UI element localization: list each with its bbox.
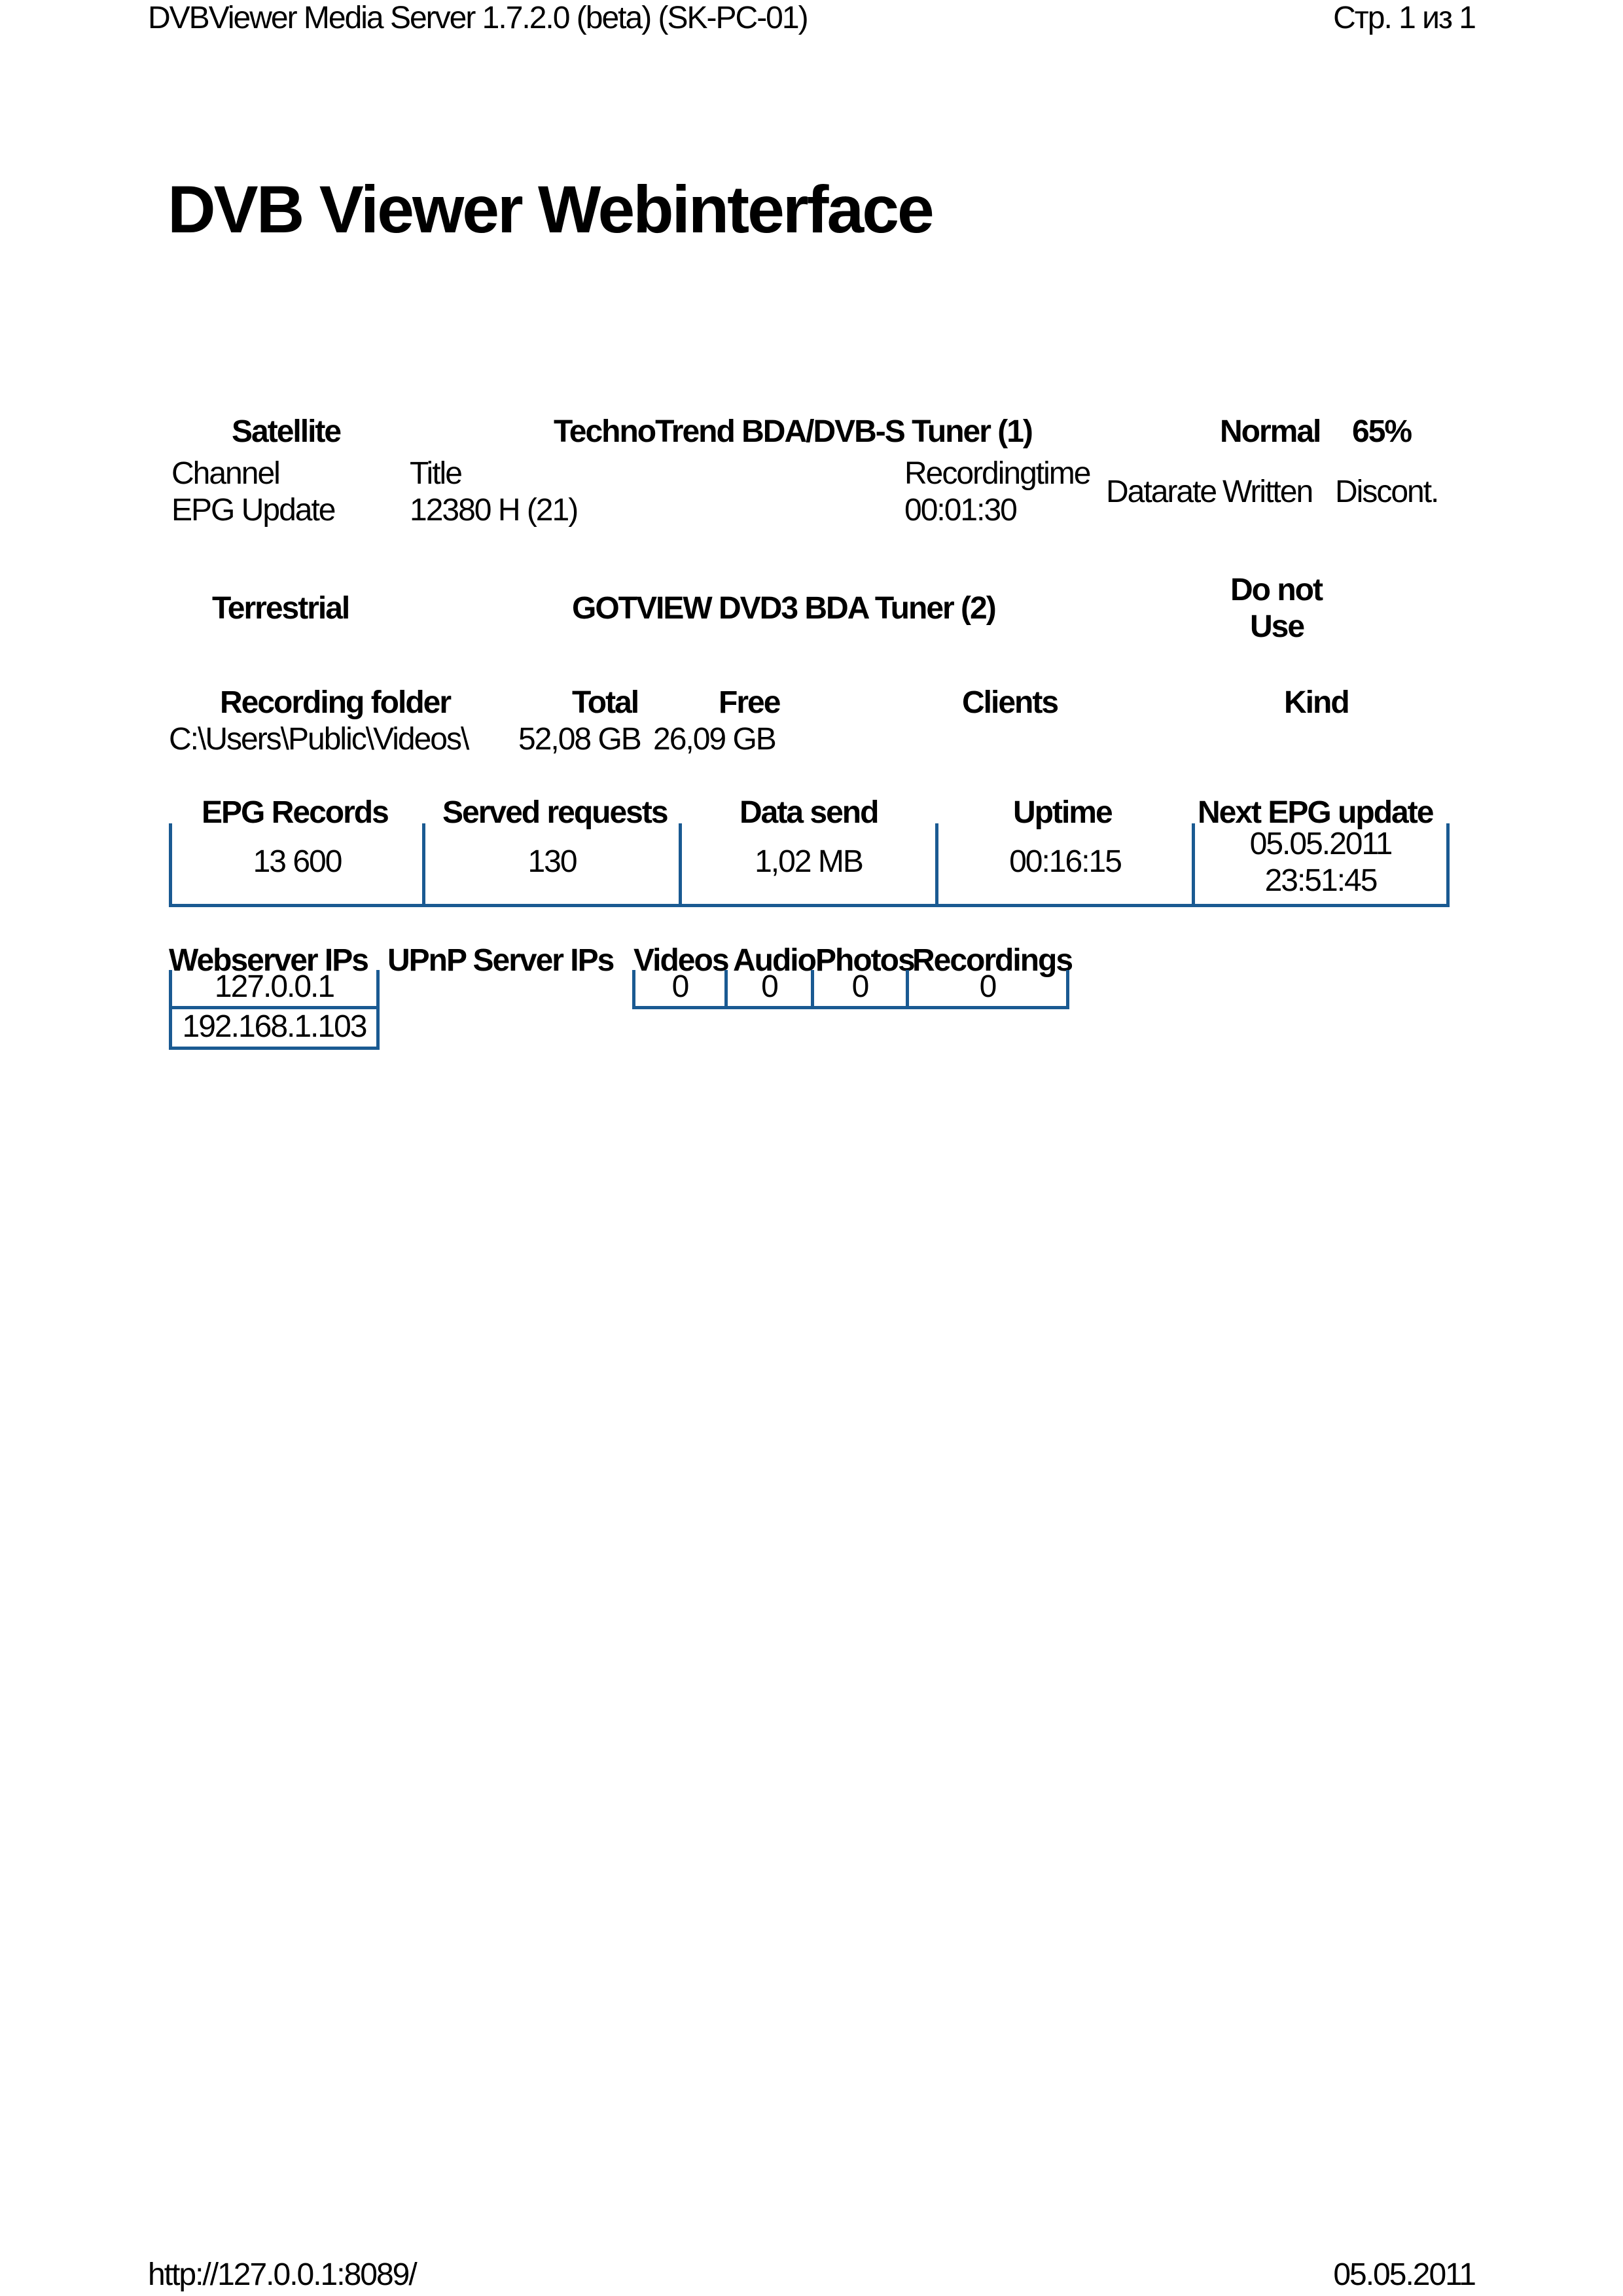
col-datarate: Datarate <box>1106 474 1216 510</box>
stat-uptime: 00:16:15 <box>935 823 1195 907</box>
webserver-ip: 192.168.1.103 <box>169 1009 380 1050</box>
row-title: 12380 H (21) <box>410 492 577 528</box>
count-audio: 0 <box>724 970 814 1009</box>
col-channel: Channel <box>171 456 279 492</box>
page-title: DVB Viewer Webinterface <box>168 171 933 248</box>
stat-served-requests: 130 <box>422 823 682 907</box>
header-recording-folder: Recording folder <box>220 685 450 721</box>
tuner-status-line1: Do not <box>1230 572 1322 608</box>
next-epg-date: 05.05.2011 <box>1195 826 1446 863</box>
col-written: Written <box>1222 474 1312 510</box>
header-kind: Kind <box>1284 685 1349 721</box>
stat-next-epg-update: 05.05.2011 23:51:45 <box>1192 823 1450 907</box>
print-footer-date: 05.05.2011 <box>1333 2257 1475 2293</box>
print-page-indicator: Стр. 1 из 1 <box>1333 0 1475 36</box>
header-clients: Clients <box>962 685 1058 721</box>
tuner-type: Satellite <box>232 414 340 450</box>
recording-folder-path: C:\Users\Public\Videos\ <box>169 721 468 757</box>
count-photos: 0 <box>811 970 909 1009</box>
print-header-title: DVBViewer Media Server 1.7.2.0 (beta) (S… <box>148 0 808 36</box>
count-recordings: 0 <box>906 970 1069 1009</box>
tuner-type: Terrestrial <box>212 590 349 626</box>
next-epg-time: 23:51:45 <box>1195 863 1446 899</box>
row-channel: EPG Update <box>171 492 334 528</box>
stat-data-send: 1,02 MB <box>679 823 938 907</box>
stat-epg-records: 13 600 <box>169 823 425 907</box>
tuner-name: TechnoTrend BDA/DVB-S Tuner (1) <box>554 414 1032 450</box>
webserver-ip: 127.0.0.1 <box>169 970 380 1009</box>
tuner-status: Normal <box>1220 414 1320 450</box>
col-discont: Discont. <box>1335 474 1438 510</box>
col-title: Title <box>410 456 461 492</box>
header-upnp-ips: UPnP Server IPs <box>387 942 613 978</box>
recording-free: 26,09 GB <box>653 721 776 757</box>
row-recordingtime: 00:01:30 <box>904 492 1016 528</box>
header-total: Total <box>572 685 638 721</box>
tuner-name: GOTVIEW DVD3 BDA Tuner (2) <box>572 590 995 626</box>
col-recordingtime: Recordingtime <box>904 456 1090 492</box>
recording-total: 52,08 GB <box>518 721 641 757</box>
tuner-status-line2: Use <box>1250 609 1304 645</box>
tuner-signal: 65% <box>1352 414 1411 450</box>
header-free: Free <box>719 685 779 721</box>
print-footer-url: http://127.0.0.1:8089/ <box>148 2257 416 2293</box>
count-videos: 0 <box>632 970 728 1009</box>
